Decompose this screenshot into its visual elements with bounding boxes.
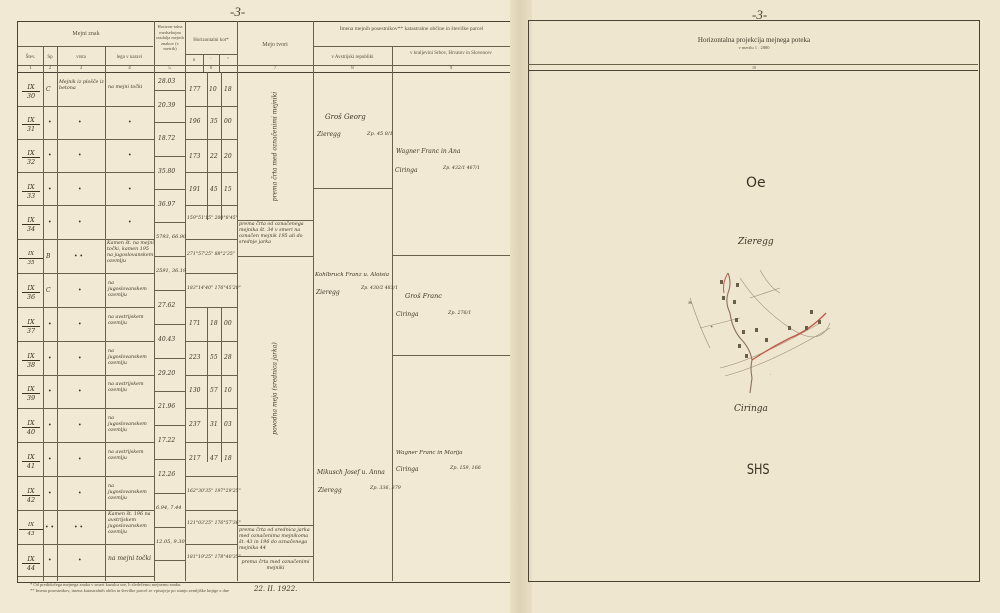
header-mejni-znak: Mejni znak — [18, 31, 154, 37]
table-row-stev: IX34 — [22, 216, 40, 233]
col-number: 6 — [185, 66, 237, 72]
mejo-tvori-note-34: prema črta od označenega mejnika št. 34 … — [239, 222, 312, 246]
svg-text:⌘: ⌘ — [688, 300, 692, 305]
distance-value: 40.43 — [158, 336, 175, 343]
header-vrsta: vrsta — [57, 55, 105, 61]
col-number: 8 — [313, 66, 392, 72]
row-sp: • — [48, 119, 52, 126]
table-row-stev: IX39 — [22, 385, 40, 402]
angle-sec: 10 — [224, 387, 232, 394]
row-lega: • — [128, 186, 132, 193]
angle-deg: 191 — [189, 186, 200, 193]
row-sp: • — [48, 557, 52, 564]
distance-value: 36.97 — [158, 201, 175, 208]
mejo-tvori-note-43: prema črta od srednica jarka med označen… — [239, 528, 312, 552]
col-number: 1 — [18, 66, 43, 72]
owner-place: Zieregg — [316, 289, 340, 296]
angle-text: 181°19'25" 178°40'35" — [187, 555, 241, 560]
table-row-stev: IX40 — [22, 419, 40, 436]
map-scale: v merilu 1 : 2880 — [528, 45, 980, 51]
place-label-zieregg: Zieregg — [738, 237, 774, 247]
mejo-tvori-note-44: prema črta med označenimi mejniki — [239, 560, 312, 572]
row-vrsta: • — [78, 355, 82, 362]
owner-parcel: Zp. 430/2 483/1 — [361, 286, 398, 291]
row-sp: • — [48, 422, 52, 429]
owner-name: Groš Georg — [325, 113, 366, 121]
header-stev: Štev. — [18, 55, 43, 61]
angle-sec: 00 — [224, 118, 232, 125]
angle-deg: 177 — [189, 86, 200, 93]
angle-text: 162°30'35" 197°29'25" — [187, 489, 241, 494]
angle-deg: 171 — [189, 320, 200, 327]
header-seconds: " — [219, 58, 237, 64]
mejo-tvori-vertical-1: prema črta med označenimi mejniki — [272, 87, 279, 207]
distance-value: 12.26 — [158, 471, 175, 478]
owner-parcel: Zp. 432/1 467/1 — [443, 166, 480, 171]
header-sp: Sp — [43, 55, 57, 61]
distance-value: 2591, 36.19 — [156, 268, 186, 274]
angle-sec: 20 — [224, 153, 232, 160]
svg-text:✶: ✶ — [710, 324, 713, 329]
col-number: 7 — [237, 66, 313, 72]
table-row-stev: IX44 — [22, 555, 40, 572]
col-number: 5 — [154, 66, 185, 72]
distance-value: 35.80 — [158, 168, 175, 175]
angle-min: 22 — [210, 153, 218, 160]
left-page: -3- Mejni znak Štev. Sp vrsta lega v nar… — [0, 0, 518, 613]
distance-value: 18.72 — [158, 135, 175, 142]
row-lega: Kamen št. na mejni točki, kamen 195 na j… — [107, 241, 154, 265]
distance-value: 17.22 — [158, 437, 175, 444]
row-lega: na jugoslovanskem ozemlju — [108, 349, 154, 367]
header-horizontal-distance: Horizon-talna medsebojna razdalja mejnih… — [155, 24, 185, 52]
owner-name: Groš Franc — [405, 292, 442, 300]
angle-text: 183°14'40" 176°45'20" — [187, 286, 241, 291]
row-vrsta: • — [78, 287, 82, 294]
distance-value: 6.94, 7.44 — [156, 505, 181, 511]
row-sp: • — [48, 490, 52, 497]
angle-sec: 18 — [224, 86, 232, 93]
row-lega: na avstrijskem ozemlju — [108, 450, 154, 462]
header-austria: v Avstrijski republiki — [313, 55, 392, 61]
row-vrsta: Mejnik iz plošče iz betona — [59, 80, 105, 92]
distance-value: 5793, 66.90 — [156, 234, 186, 240]
table-row-stev: IX36 — [22, 284, 40, 301]
angle-text: 121°03'25" 176°57'36" — [187, 521, 241, 526]
angle-text: 159°51'15" 200°8'45" — [187, 216, 238, 221]
boundary-map: ⌘✶· — [680, 268, 840, 398]
row-vrsta: • — [78, 219, 82, 226]
owner-place: Ciringa — [396, 466, 419, 473]
row-vrsta: • — [78, 456, 82, 463]
table-row-stev: IX41 — [22, 453, 40, 470]
angle-min: 55 — [210, 354, 218, 361]
row-vrsta: • — [78, 152, 82, 159]
distance-value: 28.03 — [158, 78, 175, 85]
header-minutes: ' — [203, 58, 219, 64]
table-row-stev: IX37 — [22, 318, 40, 335]
angle-sec: 28 — [224, 354, 232, 361]
row-sp: • — [48, 456, 52, 463]
owner-parcel: Zp. 276/1 — [448, 311, 471, 316]
row-lega: Kamen št. 196 na avstrijskem jugoslovans… — [108, 512, 154, 536]
col-number: 4 — [105, 66, 154, 72]
header-mejo-tvori: Mejo tvori — [237, 42, 313, 48]
row-lega: na mejni točki — [108, 85, 154, 91]
table-row-stev: IX32 — [22, 149, 40, 166]
row-sp: • — [48, 186, 52, 193]
angle-min: 57 — [210, 387, 218, 394]
table-row-stev: IX38 — [22, 352, 40, 369]
owner-place: Ciringa — [396, 311, 419, 318]
table-row-stev: IX35 — [19, 250, 43, 267]
table-row-stev: IX42 — [22, 487, 40, 504]
col-number: 9 — [392, 66, 510, 72]
mejo-tvori-vertical-2: povodna meja (srednica jarka) — [272, 329, 279, 449]
distance-value: 29.20 — [158, 370, 175, 377]
row-sp: • — [48, 321, 52, 328]
row-sp: • • — [45, 524, 54, 531]
page-number: -3- — [230, 4, 245, 20]
row-vrsta: • • — [74, 524, 83, 531]
svg-text:·: · — [770, 372, 771, 377]
owner-parcel: Zp. 336, 379 — [370, 486, 401, 491]
header-shs: v kraljevini Srbov, Hrvatov in Slovencev — [392, 51, 510, 57]
angle-deg: 130 — [189, 387, 200, 394]
country-label-shs: SHS — [747, 462, 770, 478]
angle-deg: 196 — [189, 118, 200, 125]
row-lega: na avstrijskem ozemlju — [108, 382, 154, 394]
row-vrsta: • — [78, 388, 82, 395]
angle-sec: 15 — [224, 186, 232, 193]
header-degrees: o — [185, 58, 203, 64]
angle-min: 10 — [209, 86, 217, 93]
angle-sec: 03 — [224, 421, 232, 428]
row-lega: na jugoslovanskem ozemlju — [108, 416, 154, 434]
map-title: Horizontalna projekcija mejnega poteka — [528, 36, 980, 45]
angle-min: 47 — [210, 455, 218, 462]
header-horizontal-angle: Horizontalni kot* — [185, 38, 237, 44]
row-sp: B — [46, 253, 50, 260]
col-number: 3 — [57, 66, 105, 72]
row-lega: na avstrijskem ozemlju — [108, 315, 154, 327]
distance-value: 12.05, 9.30 — [156, 539, 185, 545]
owner-name: Mikusch Josef u. Anna — [317, 469, 385, 476]
table-row-stev: IX31 — [22, 116, 40, 133]
row-sp: C — [46, 287, 51, 294]
row-sp: • — [48, 355, 52, 362]
owner-parcel: Zp. 159, 166 — [450, 466, 481, 471]
row-lega: • — [128, 119, 132, 126]
angle-min: 45 — [210, 186, 218, 193]
angle-text: 271°57'25" 88°2'35" — [187, 252, 235, 257]
row-sp: • — [48, 388, 52, 395]
owner-name: Wagner Franc in Ana — [396, 148, 460, 155]
row-sp: • — [48, 152, 52, 159]
table-row-stev: IX33 — [22, 183, 40, 200]
footnote-date: 22. II. 1922. — [254, 585, 297, 593]
angle-sec: 00 — [224, 320, 232, 327]
angle-deg: 173 — [189, 153, 200, 160]
angle-sec: 18 — [224, 455, 232, 462]
header-lega: lega v naravi — [105, 55, 154, 61]
angle-min: 35 — [210, 118, 218, 125]
owner-name: Kohlbruck Franz u. Aloisia — [315, 272, 389, 278]
row-vrsta: • — [78, 186, 82, 193]
owner-name: Wagner Franc in Marija — [396, 450, 463, 456]
table-row-stev: IX43 — [19, 521, 43, 538]
col-number: 2 — [43, 66, 57, 72]
col-number: 10 — [528, 65, 980, 71]
row-vrsta: • — [78, 321, 82, 328]
owner-place: Zieregg — [318, 487, 342, 494]
right-page: -3- Horizontalna projekcija mejnega pote… — [520, 0, 1000, 613]
row-vrsta: • — [78, 490, 82, 497]
angle-deg: 237 — [189, 421, 200, 428]
angle-deg: 223 — [189, 354, 200, 361]
header-owners: Imena mejnih posestnikov** katastralne o… — [313, 26, 510, 32]
angle-min: 18 — [210, 320, 218, 327]
distance-value: 20.39 — [158, 102, 175, 109]
owner-place: Ciringa — [395, 167, 418, 174]
table-row-stev: IX30 — [22, 83, 40, 100]
row-vrsta: • — [78, 422, 82, 429]
distance-value: 21.96 — [158, 403, 175, 410]
country-label-oe: Oe — [746, 175, 766, 191]
row-lega: • — [128, 219, 132, 226]
row-vrsta: • — [78, 119, 82, 126]
owner-place: Zieregg — [317, 131, 341, 138]
row-vrsta: • • — [74, 253, 83, 260]
footnote-owners: ** Imena posestnikov, imena katastralnih… — [30, 588, 229, 594]
distance-value: 27.62 — [158, 302, 175, 309]
row-sp: • — [48, 219, 52, 226]
row-lega: na jugoslovanskem ozemlju — [108, 281, 154, 299]
place-label-ciringa: Ciringa — [734, 404, 768, 414]
row-lega: na jugoslovanskem ozemlju — [108, 484, 154, 502]
row-vrsta: • — [78, 557, 82, 564]
angle-deg: 217 — [189, 455, 200, 462]
angle-min: 31 — [210, 421, 218, 428]
owner-parcel: Zp. 45 8/1 — [367, 131, 393, 137]
row-lega: na mejni točki — [108, 555, 151, 562]
row-lega: • — [128, 152, 132, 159]
row-sp: C — [46, 86, 51, 93]
